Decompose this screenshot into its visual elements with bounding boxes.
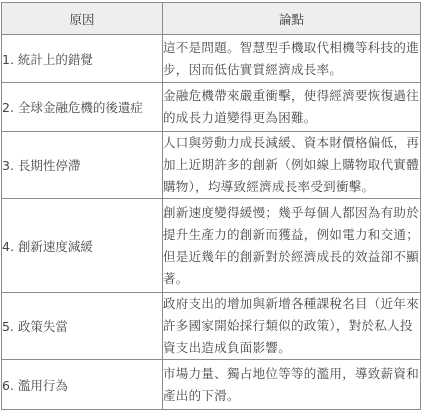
header-point: 論點: [163, 3, 421, 35]
point-cell: 政府支出的增加與新增各種課稅名目（近年來許多國家開始採行類似的政策），對於私人投…: [163, 293, 421, 360]
cause-cell: 1. 統計上的錯覺: [2, 35, 163, 83]
cause-cell: 2. 全球金融危機的後遺症: [2, 83, 163, 132]
cause-cell: 6. 濫用行為: [2, 360, 163, 405]
table-row: 4. 創新速度減緩 創新速度變得緩慢；幾乎每個人都因為有助於提升生產力的創新而獲…: [2, 199, 421, 293]
point-cell: 金融危機帶來嚴重衝擊，使得經濟要恢復過往的成長力道變得更為困難。: [163, 83, 421, 132]
point-cell: 市場力量、獨占地位等等的濫用，導致薪資和產出的下滑。: [163, 360, 421, 405]
reasons-table: 原因 論點 1. 統計上的錯覺 這不是問題。智慧型手機取代相機等科技的進步，因而…: [1, 2, 421, 404]
point-cell: 這不是問題。智慧型手機取代相機等科技的進步，因而低估實質經濟成長率。: [163, 35, 421, 83]
table-row: 6. 濫用行為 市場力量、獨占地位等等的濫用，導致薪資和產出的下滑。: [2, 360, 421, 405]
cause-cell: 4. 創新速度減緩: [2, 199, 163, 293]
cause-cell: 3. 長期性停滯: [2, 132, 163, 199]
table-row: 5. 政策失當 政府支出的增加與新增各種課稅名目（近年來許多國家開始採行類似的政…: [2, 293, 421, 360]
point-cell: 創新速度變得緩慢；幾乎每個人都因為有助於提升生產力的創新而獲益，例如電力和交通；…: [163, 199, 421, 293]
table-row: 2. 全球金融危機的後遺症 金融危機帶來嚴重衝擊，使得經濟要恢復過往的成長力道變…: [2, 83, 421, 132]
header-cause: 原因: [2, 3, 163, 35]
table-row: 3. 長期性停滯 人口與勞動力成長減緩、資本財價格偏低，再加上近期許多的創新（例…: [2, 132, 421, 199]
cause-cell: 5. 政策失當: [2, 293, 163, 360]
table-header-row: 原因 論點: [2, 3, 421, 35]
table-row: 1. 統計上的錯覺 這不是問題。智慧型手機取代相機等科技的進步，因而低估實質經濟…: [2, 35, 421, 83]
point-cell: 人口與勞動力成長減緩、資本財價格偏低，再加上近期許多的創新（例如線上購物取代實體…: [163, 132, 421, 199]
